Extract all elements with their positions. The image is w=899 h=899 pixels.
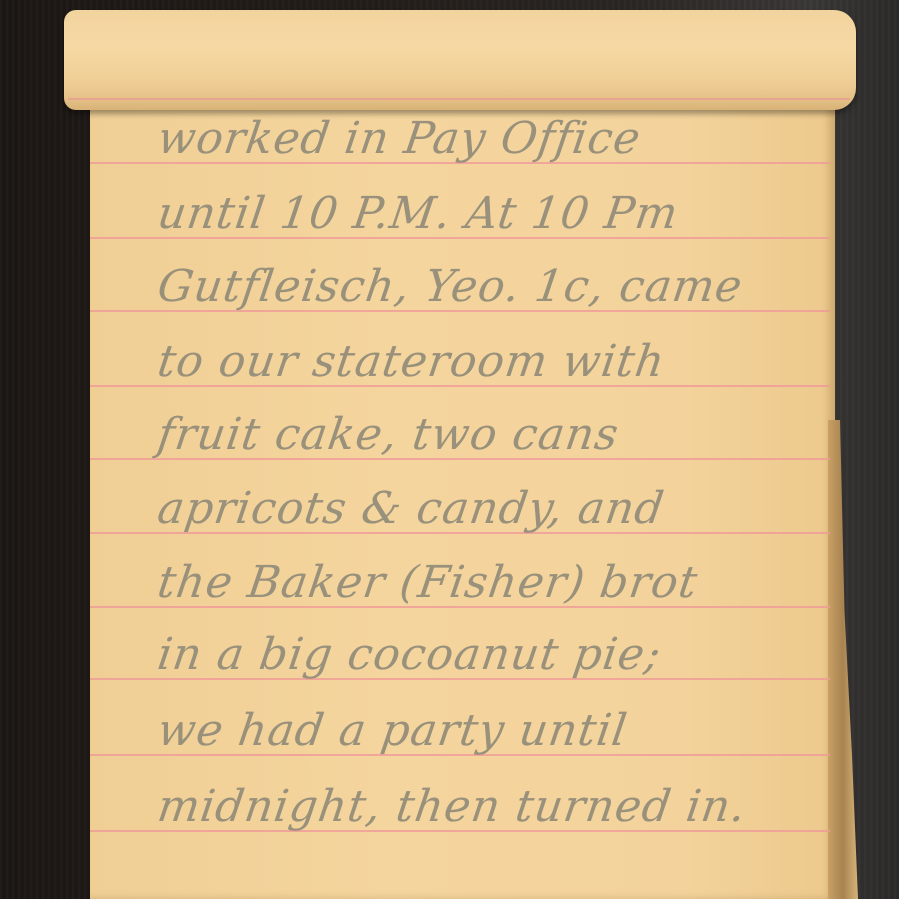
- handwritten-line: midnight, then turned in.: [154, 781, 749, 832]
- handwritten-line: until 10 P.M. At 10 Pm: [154, 188, 681, 239]
- handwritten-line: in a big cocoanut pie;: [154, 629, 664, 680]
- handwritten-line: to our stateroom with: [154, 336, 668, 387]
- handwritten-line: worked in Pay Office: [154, 113, 644, 164]
- handwritten-line: fruit cake, two cans: [154, 409, 622, 460]
- rolled-over-page: [64, 10, 856, 110]
- handwritten-line: the Baker (Fisher) brot: [154, 557, 701, 608]
- handwritten-line: Gutfleisch, Yeo. 1c, came: [154, 261, 746, 312]
- handwritten-line: we had a party until: [154, 705, 630, 756]
- rule-line: [68, 98, 850, 100]
- handwritten-line: apricots & candy, and: [154, 483, 667, 534]
